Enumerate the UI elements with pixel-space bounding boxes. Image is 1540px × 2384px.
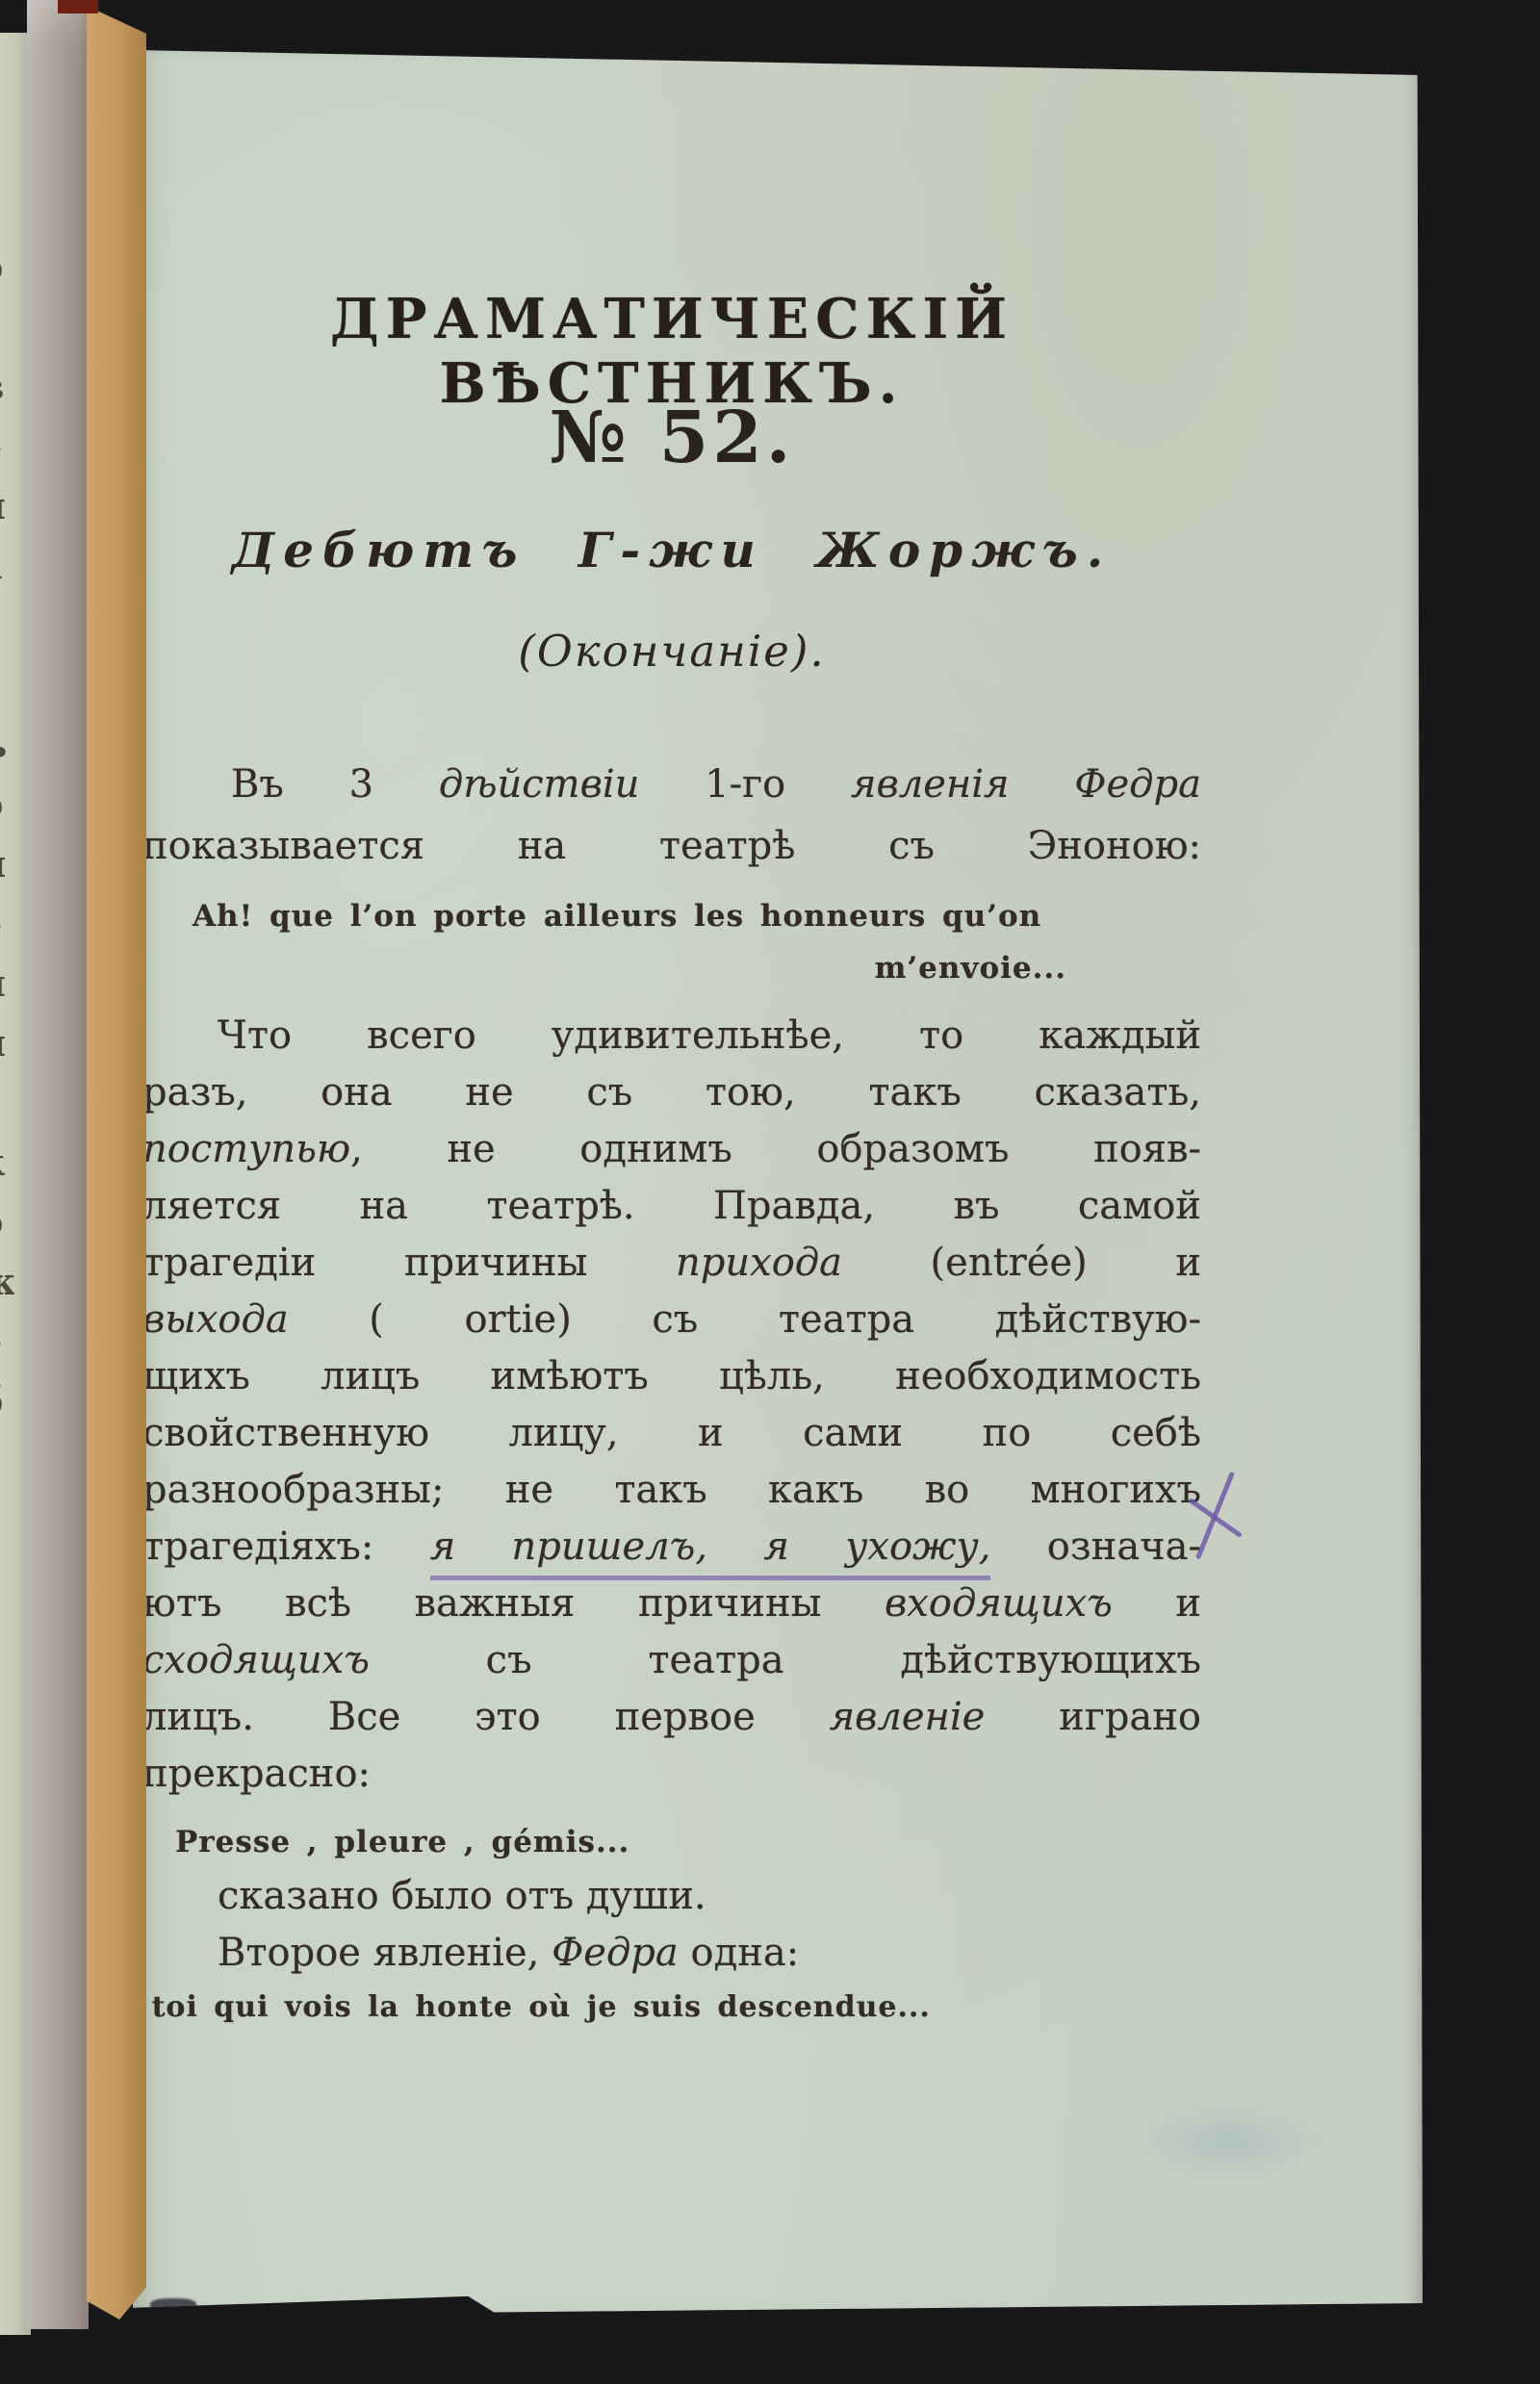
text-segment: с	[0, 603, 1, 647]
text-segment: Что всего удивительнѣе, то каждый	[218, 1013, 1201, 1058]
page-edge-text-fragment: и	[0, 842, 14, 888]
italic-segment: явленія Федра	[851, 762, 1201, 807]
text-segment: ляется на театрѣ. Правда, въ самой	[142, 1184, 1201, 1228]
page-edge-text-fragment: а	[0, 544, 14, 590]
text-segment: трагедіи причины	[142, 1241, 676, 1285]
text-line: разнообразны; не такъ какъ во многихъ	[142, 1464, 1201, 1521]
paper-stain	[1124, 2098, 1336, 2185]
text-segment: и	[1113, 1581, 1201, 1626]
article-subtitle: (Окончаніе).	[142, 626, 1201, 677]
text-line: ютъ всѣ важныя причины входящихъ и	[142, 1577, 1201, 1634]
red-paper-speck	[58, 0, 98, 13]
text-line: поступью, не однимъ образомъ появ-	[142, 1123, 1201, 1180]
text-segment: е	[0, 902, 2, 945]
text-segment: разнообразны; не такъ какъ во многихъ	[142, 1468, 1201, 1512]
text-segment: сказано было отъ души.	[218, 1874, 706, 1918]
page-edge-text-fragment: е	[0, 902, 14, 948]
text-segment: а	[0, 544, 3, 587]
text-segment: съ театра дѣйствующихъ	[370, 1638, 1201, 1682]
text-segment: е	[0, 424, 2, 468]
text-segment: и	[0, 842, 6, 885]
text-segment: щихъ лицъ имѣютъ цѣль, необходимость	[142, 1354, 1201, 1398]
text-segment: н	[0, 961, 6, 1005]
italic-segment: дѣйствіи	[439, 762, 640, 807]
italic-segment: выхода	[142, 1297, 289, 1342]
text-line: m’envoie...	[142, 944, 1201, 996]
handwritten-x-mark	[1176, 1469, 1253, 1560]
page-edge-text-fragment: к	[0, 1141, 14, 1187]
text-line: Что всего удивительнѣе, то каждый	[142, 1010, 1201, 1066]
binding-tape-strip	[27, 0, 89, 2329]
italic-segment: поступью	[142, 1127, 350, 1171]
page-edge-text-fragment: о	[0, 1200, 14, 1246]
issue-number: № 52.	[142, 397, 1201, 479]
text-line: показывается на театрѣ съ Эноною:	[142, 817, 1201, 879]
text-line: Второе явленіе, Федра одна:	[142, 1927, 1201, 1984]
italic-segment: входящихъ	[885, 1581, 1113, 1626]
french-quote-segment: Presse , pleure , gémis...	[175, 1825, 629, 1859]
page-edge-text-fragment: і	[0, 305, 14, 351]
text-line: прекрасно:	[142, 1748, 1201, 1805]
page-edge-text-fragment: ж	[0, 1260, 14, 1306]
text-segment: ж	[0, 1260, 14, 1303]
page-edge-text-fragment: е	[0, 1320, 14, 1366]
text-segment: играно	[985, 1695, 1201, 1739]
italic-segment: сходящихъ	[142, 1638, 370, 1682]
italic-segment: прихода	[676, 1241, 842, 1285]
text-segment: т	[0, 1081, 2, 1124]
text-segment: о	[0, 1200, 3, 1243]
text-segment: е	[0, 1320, 2, 1363]
text-line: Ah! que l’on porte ailleurs les honneurs…	[142, 892, 1201, 944]
text-segment: ютъ всѣ важныя причины	[142, 1581, 885, 1626]
text-line: O toi qui vois la honte où je suis desce…	[110, 1984, 1201, 2036]
text-segment: о	[0, 782, 3, 826]
page-edge-text-fragment: т	[0, 1081, 14, 1127]
italic-segment: явленіе	[830, 1695, 986, 1739]
text-segment: 1-го	[639, 762, 851, 807]
article-title: Дебютъ Г-жи Жоржъ.	[142, 522, 1201, 578]
french-quote-segment: O toi qui vois la honte où je suis desce…	[110, 1990, 931, 2024]
text-line: разъ, она не съ тою, такъ сказать,	[142, 1066, 1201, 1123]
binding-leather-strip	[87, 6, 146, 2320]
text-segment: ъ	[0, 723, 7, 766]
page-edge-text-fragment: в	[0, 365, 14, 411]
text-line: сходящихъ съ театра дѣйствующихъ	[142, 1634, 1201, 1691]
italic-segment: Федра	[552, 1931, 679, 1975]
french-quote-segment: Ah! que l’on porte ailleurs les honneurs…	[192, 899, 1041, 934]
text-segment: ( ortie) съ театра дѣйствую-	[289, 1297, 1201, 1342]
text-line: сказано было отъ души.	[142, 1870, 1201, 1927]
text-segment: о	[0, 245, 3, 289]
text-segment: Въ 3	[231, 762, 439, 807]
page-edge-text-fragment: о	[0, 782, 14, 829]
text-segment: , не однимъ образомъ появ-	[350, 1127, 1201, 1171]
text-segment: прекрасно:	[142, 1752, 371, 1796]
text-segment: н	[0, 484, 6, 527]
page-edge-text-fragment: о	[0, 245, 14, 292]
text-segment: свойственную лицу, и сами по себѣ	[142, 1411, 1201, 1455]
text-line: свойственную лицу, и сами по себѣ	[142, 1407, 1201, 1464]
page-edge-text-fragment: е	[0, 424, 14, 471]
text-segment: лицъ. Все это первое	[142, 1695, 830, 1739]
page-edge-text-fragment: с	[0, 603, 14, 650]
text-segment: разъ, она не съ тою, такъ сказать,	[142, 1070, 1201, 1115]
text-segment: т	[0, 663, 2, 706]
page-paper: ДРАМАТИЧЕСКІЙ ВѢСТНИКЪ. № 52. Дебютъ Г-ж…	[133, 38, 1423, 2321]
text-segment: б	[0, 1379, 3, 1423]
underlined-phrase: я пришелъ, я ухожу,	[430, 1525, 991, 1580]
body-text: Въ 3 дѣйствіи 1-го явленія Федрапоказыва…	[142, 756, 1201, 2036]
text-segment: я	[0, 1021, 6, 1064]
text-segment: показывается на театрѣ съ Эноною:	[142, 824, 1201, 868]
text-segment: одна:	[679, 1931, 799, 1975]
text-line: трагедіи причины прихода (entrée) и	[142, 1237, 1201, 1294]
text-line: ляется на театрѣ. Правда, въ самой	[142, 1180, 1201, 1237]
text-segment: означа-	[990, 1525, 1201, 1569]
text-segment: к	[0, 1141, 5, 1184]
text-line: Въ 3 дѣйствіи 1-го явленія Федра	[142, 756, 1201, 817]
text-segment: в	[0, 365, 4, 408]
page-edge-text-fragment: г	[0, 186, 14, 232]
scanned-book-page: ДРАМАТИЧЕСКІЙ ВѢСТНИКЪ. № 52. Дебютъ Г-ж…	[0, 0, 1540, 2384]
text-line: щихъ лицъ имѣютъ цѣль, необходимость	[142, 1350, 1201, 1407]
page-edge-text-fragment: я	[0, 1021, 14, 1067]
text-line: лицъ. Все это первое явленіе играно	[142, 1691, 1201, 1748]
page-edge-text-fragment: т	[0, 663, 14, 709]
text-segment: трагедіяхъ:	[142, 1525, 430, 1569]
text-segment: (entrée) и	[842, 1241, 1201, 1285]
text-segment: Второе явленіе,	[218, 1931, 552, 1975]
x-stroke	[1188, 1498, 1243, 1538]
page-edge-text-fragment: н	[0, 961, 14, 1008]
text-line: трагедіяхъ: я пришелъ, я ухожу, означа-	[142, 1521, 1201, 1577]
page-edge-text-fragment: н	[0, 484, 14, 530]
page-edge-text-fragment: ъ	[0, 723, 14, 769]
page-edge-text-fragment: б	[0, 1379, 14, 1425]
text-line: Presse , pleure , gémis...	[142, 1818, 1201, 1870]
text-segment: г	[0, 186, 1, 229]
french-quote-segment: m’envoie...	[875, 951, 1066, 986]
text-line: выхода ( ortie) съ театра дѣйствую-	[142, 1294, 1201, 1350]
